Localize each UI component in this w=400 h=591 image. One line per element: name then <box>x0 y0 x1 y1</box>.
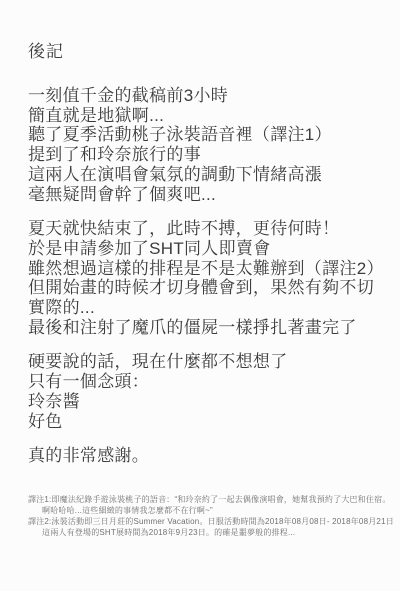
text-line: 提到了和玲奈旅行的事 <box>28 145 386 165</box>
paragraph-1: 一刻值千金的截稿前3小時 簡直就是地獄啊... 聽了夏季活動桃子泳裝語音裡（譯注… <box>28 86 386 204</box>
text-line: 簡直就是地獄啊... <box>28 106 386 126</box>
text-line: 實際的... <box>28 298 386 318</box>
text-line: 聽了夏季活動桃子泳裝語音裡（譯注1） <box>28 125 386 145</box>
text-line: 真的非常感謝。 <box>28 446 386 466</box>
text-line: 只有一個念頭： <box>28 372 386 392</box>
text-line: 這兩人在演唱會氣氛的調動下情緒高漲 <box>28 165 386 185</box>
paragraph-4: 真的非常感謝。 <box>28 446 386 466</box>
paragraph-2: 夏天就快結束了，此時不搏，更待何時！ 於是申請參加了SHT同人即賣會 雖然想過這… <box>28 219 386 337</box>
text-line: 夏天就快結束了，此時不搏，更待何時！ <box>28 219 386 239</box>
text-line: 雖然想過這樣的排程是不是太難辦到（譯注2） <box>28 259 386 279</box>
footnote-2-line-1: 譯注2:泳裝活動即三日月莊的Summer Vacation。日服活動時間為201… <box>28 516 390 527</box>
footnote-1-line-1: 譯注1:即魔法紀錄手遊泳裝桃子的語音：“和玲奈約了一起去偶像演唱會，她幫我預約了… <box>28 494 390 505</box>
text-line: 最後和注射了魔爪的僵屍一樣掙扎著畫完了 <box>28 318 386 338</box>
text-line: 玲奈醬 <box>28 392 386 412</box>
page-title: 後記 <box>28 42 386 62</box>
page-content: 後記 一刻值千金的截稿前3小時 簡直就是地獄啊... 聽了夏季活動桃子泳裝語音裡… <box>28 42 386 481</box>
text-line: 但開始畫的時候才切身體會到，果然有夠不切 <box>28 278 386 298</box>
afterword-page: 後記 一刻值千金的截稿前3小時 簡直就是地獄啊... 聽了夏季活動桃子泳裝語音裡… <box>0 0 400 591</box>
translator-footnotes: 譯注1:即魔法紀錄手遊泳裝桃子的語音：“和玲奈約了一起去偶像演唱會，她幫我預約了… <box>28 494 390 538</box>
text-line: 一刻值千金的截稿前3小時 <box>28 86 386 106</box>
text-line: 於是申請參加了SHT同人即賣會 <box>28 239 386 259</box>
footnote-2-line-2: 這兩人有登場的SHT展時間為2018年9月23日。的確是噩夢般的排程... <box>28 527 390 538</box>
footnote-1-line-2: 啊哈哈哈...這些細緻的事情我怎麼都不在行啊~” <box>28 505 390 516</box>
text-line: 硬要說的話，現在什麼都不想想了 <box>28 352 386 372</box>
text-line: 好色 <box>28 412 386 432</box>
paragraph-3: 硬要說的話，現在什麼都不想想了 只有一個念頭： 玲奈醬 好色 <box>28 352 386 431</box>
text-line: 毫無疑問會幹了個爽吧... <box>28 185 386 205</box>
